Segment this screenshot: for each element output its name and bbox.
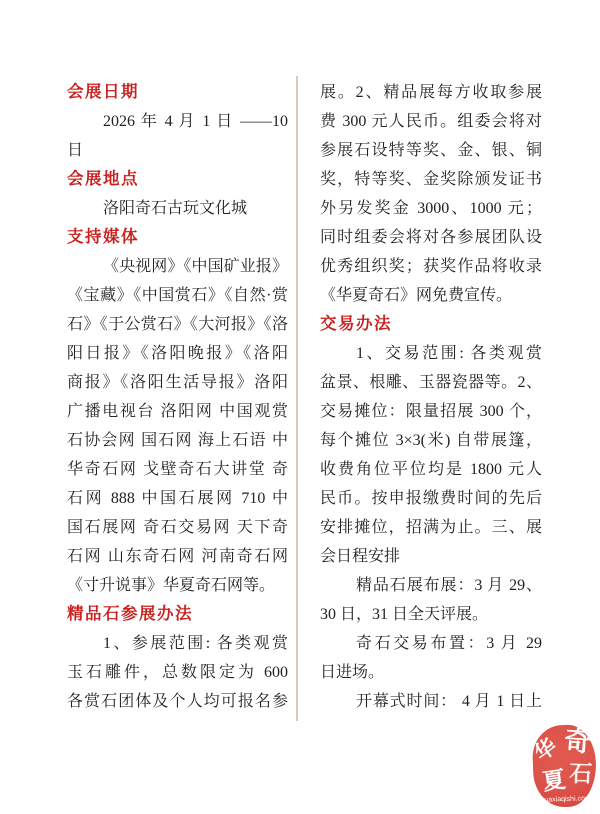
text-line: 收费角位平位均是 1800 元人 [320, 455, 542, 484]
text-line: 玉石雕件，总数限定为 600 方， [67, 658, 288, 687]
text-line: 石协会网 国石网 海上石语 中 [67, 426, 288, 455]
section-heading: 精品石参展办法 [67, 600, 288, 629]
text-line: 1、交易范围: 各类观赏石、 [320, 339, 542, 368]
text-line: 日 [67, 136, 288, 165]
text-line: 交易摊位：限量招展 300 个， [320, 397, 542, 426]
seal-char-qi: 奇 [563, 728, 592, 757]
text-line: 每个摊位 3×3(米) 自带展篷， [320, 426, 542, 455]
section-heading: 支持媒体 [67, 223, 288, 252]
text-line: 会日程安排 [320, 542, 542, 571]
text-line: 同时组委会将对各参展团队设 [320, 223, 542, 252]
text-line: 阳日报》《洛阳晚报》《洛阳 [67, 339, 288, 368]
text-line: 各赏石团体及个人均可报名参 [67, 687, 288, 716]
text-line: 2026 年 4 月 1 日 ——10 [67, 107, 288, 136]
text-line: 奖，特等奖、金奖除颁发证书 [320, 165, 542, 194]
left-column: 会展日期2026 年 4 月 1 日 ——10日会展地点洛阳奇石古玩文化城支持媒… [67, 78, 288, 716]
text-line: 《宝藏》《中国赏石》《自然·赏 [67, 281, 288, 310]
right-column: 展。2、精品展每方收取参展费 300 元人民币。组委会将对参展石设特等奖、金、银… [320, 78, 542, 716]
text-line: 广播电视台 洛阳网 中国观赏 [67, 397, 288, 426]
section-heading: 会展地点 [67, 165, 288, 194]
text-line: 洛阳奇石古玩文化城 [67, 194, 288, 223]
text-line: 盆景、根雕、玉器瓷器等。2、 [320, 368, 542, 397]
text-line: 石网 山东奇石网 河南奇石网 [67, 542, 288, 571]
seal-char-hua: 华 [531, 735, 560, 764]
text-line: 国石展网 奇石交易网 天下奇 [67, 513, 288, 542]
column-divider [296, 76, 298, 721]
text-line: 华奇石网 戈壁奇石大讲堂 奇 [67, 455, 288, 484]
text-line: 《寸升说事》华夏奇石网等。 [67, 571, 288, 600]
seal-website: huaxiaqishi.com [534, 795, 597, 804]
text-line: 石》《于公赏石》《大河报》《洛 [67, 310, 288, 339]
text-line: 《华夏奇石》网免费宣传。 [320, 281, 542, 310]
text-line: 优秀组织奖；获奖作品将收录 [320, 252, 542, 281]
text-line: 商报》《洛阳生活导报》洛阳 [67, 368, 288, 397]
section-heading: 交易办法 [320, 310, 542, 339]
text-line: 精品石展布展：3 月 29、 [320, 571, 542, 600]
text-line: 《央视网》《中国矿业报》 [67, 252, 288, 281]
text-line: 30 日，31 日全天评展。 [320, 600, 542, 629]
huaxia-qishi-seal: 华 夏 奇 石 huaxiaqishi.com [532, 724, 598, 808]
text-line: 参展石设特等奖、金、银、铜 [320, 136, 542, 165]
seal-char-shi: 石 [569, 762, 593, 786]
text-line: 费 300 元人民币。组委会将对 [320, 107, 542, 136]
text-line: 石网 888 中国石展网 710 中 [67, 484, 288, 513]
section-heading: 会展日期 [67, 78, 288, 107]
text-line: 1、参展范围: 各类观赏石、 [67, 629, 288, 658]
text-line: 展。2、精品展每方收取参展 [320, 78, 542, 107]
text-line: 外另发奖金 3000、1000 元； [320, 194, 542, 223]
text-line: 日进场。 [320, 658, 542, 687]
text-line: 安排摊位，招满为止。三、展 [320, 513, 542, 542]
text-line: 奇石交易布置：3 月 29 [320, 629, 542, 658]
seal-char-xia: 夏 [541, 768, 567, 794]
text-line: 民币。按申报缴费时间的先后 [320, 484, 542, 513]
text-line: 开幕式时间： 4 月 1 日上 [320, 687, 542, 716]
